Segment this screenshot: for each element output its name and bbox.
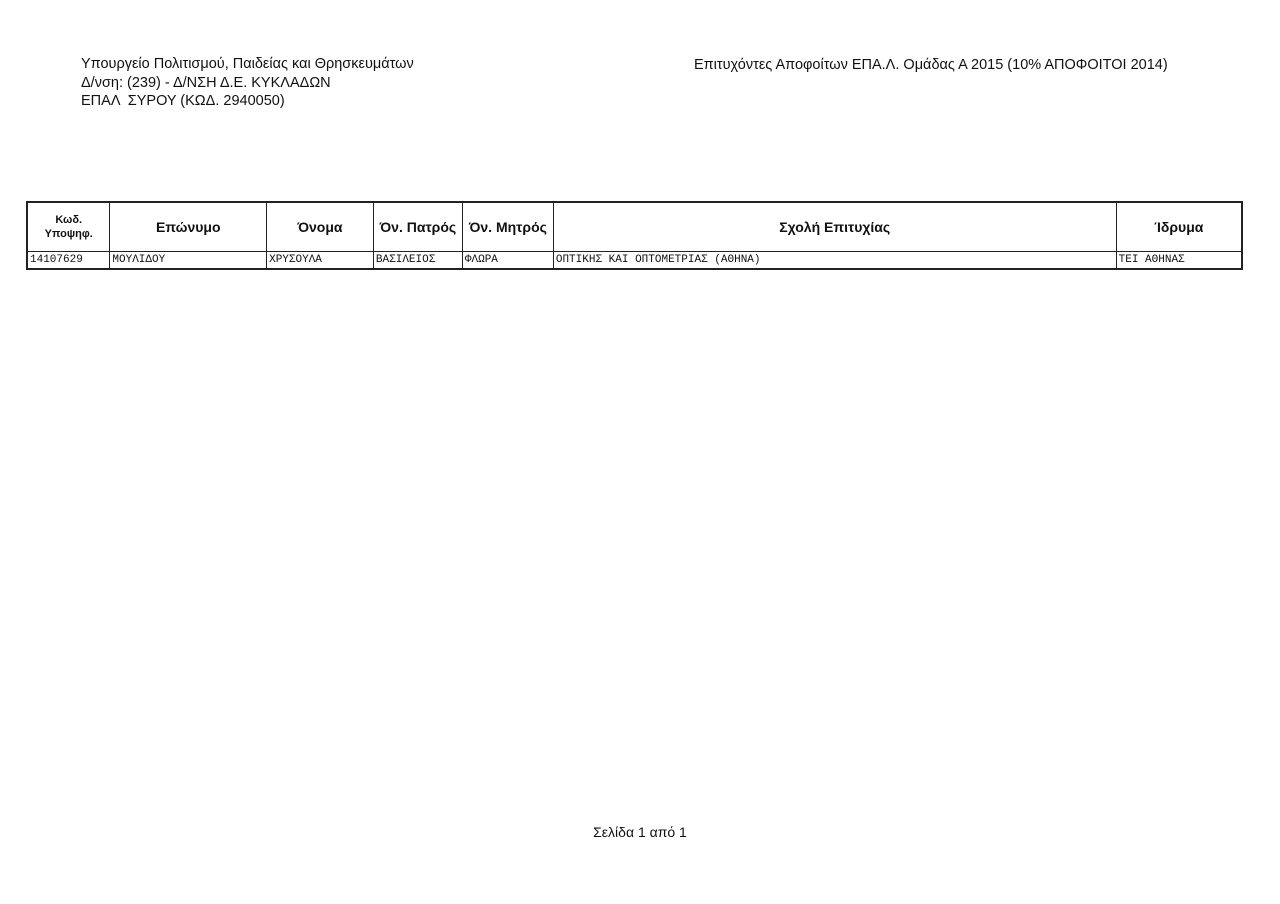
cell-father-name: ΒΑΣΙΛΕΙΟΣ <box>373 252 462 270</box>
column-header-name: Όνομα <box>267 202 374 252</box>
column-header-mother-name: Όν. Μητρός <box>462 202 553 252</box>
cell-institution: ΤΕΙ ΑΘΗΝΑΣ <box>1116 252 1242 270</box>
cell-name: ΧΡΥΣΟΥΛΑ <box>267 252 374 270</box>
table-row: 14107629 ΜΟΥΛΙΔΟΥ ΧΡΥΣΟΥΛΑ ΒΑΣΙΛΕΙΟΣ ΦΛΩ… <box>27 252 1242 270</box>
ministry-header: Υπουργείο Πολιτισμού, Παιδείας και Θρησκ… <box>81 55 414 111</box>
table-header-row: Κωδ. Υποψηφ. Επώνυμο Όνομα Όν. Πατρός Όν… <box>27 202 1242 252</box>
cell-code: 14107629 <box>27 252 110 270</box>
cell-school: ΟΠΤΙΚΗΣ ΚΑΙ ΟΠΤΟΜΕΤΡΙΑΣ (ΑΘΗΝΑ) <box>553 252 1116 270</box>
cell-surname: ΜΟΥΛΙΔΟΥ <box>110 252 267 270</box>
cell-mother-name: ΦΛΩΡΑ <box>462 252 553 270</box>
column-header-code: Κωδ. Υποψηφ. <box>27 202 110 252</box>
results-table: Κωδ. Υποψηφ. Επώνυμο Όνομα Όν. Πατρός Όν… <box>26 201 1243 270</box>
directorate-name: Δ/νση: (239) - Δ/ΝΣΗ Δ.Ε. ΚΥΚΛΑΔΩΝ <box>81 74 414 93</box>
page-number: Σελίδα 1 από 1 <box>0 824 1280 840</box>
column-header-school: Σχολή Επιτυχίας <box>553 202 1116 252</box>
column-header-surname: Επώνυμο <box>110 202 267 252</box>
column-header-institution: Ίδρυμα <box>1116 202 1242 252</box>
column-header-father-name: Όν. Πατρός <box>373 202 462 252</box>
ministry-name: Υπουργείο Πολιτισμού, Παιδείας και Θρησκ… <box>81 55 414 74</box>
school-name: ΕΠΑΛ ΣΥΡΟΥ (ΚΩΔ. 2940050) <box>81 92 414 111</box>
report-title: Επιτυχόντες Αποφοίτων ΕΠΑ.Λ. Ομάδας Α 20… <box>694 57 1168 73</box>
